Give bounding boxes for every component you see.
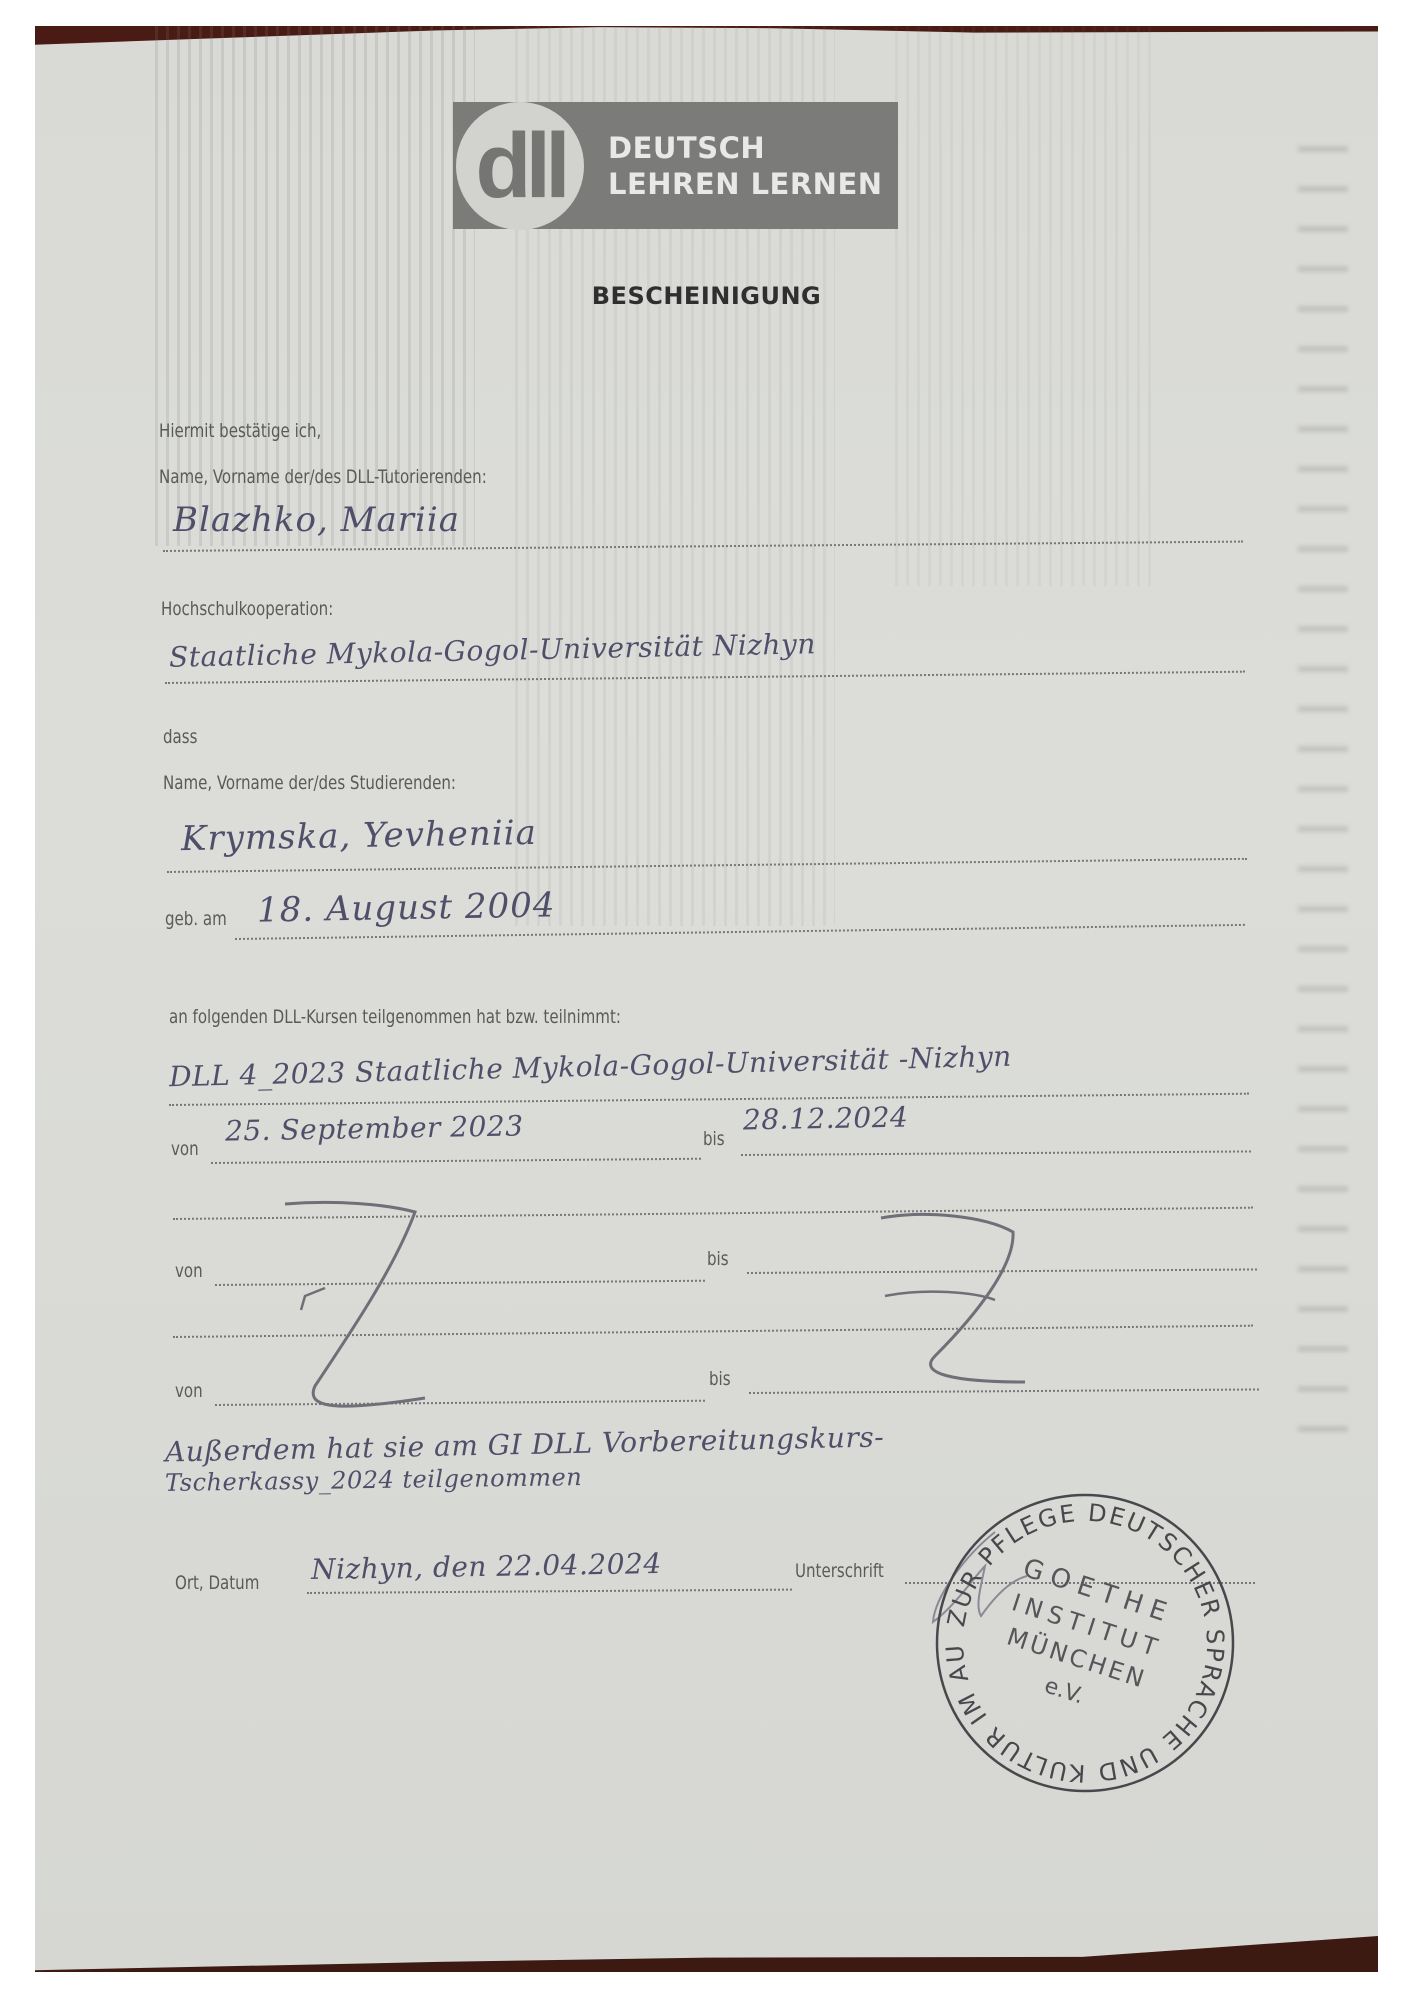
strike-mark-left: [275, 1186, 495, 1416]
logo-wordmark: DEUTSCH LEHREN LERNEN: [608, 130, 883, 202]
dass-text: dass: [163, 726, 197, 748]
strike-mark-right: [865, 1206, 1065, 1396]
course-1-to-label: bis: [703, 1128, 725, 1150]
dll-logo: dll DEUTSCH LEHREN LERNEN: [453, 102, 898, 229]
place-date-line: [307, 1589, 792, 1594]
course-1-to-line: [741, 1150, 1251, 1156]
signature-label: Unterschrift: [795, 1560, 884, 1582]
course-3-to-label: bis: [709, 1368, 731, 1390]
dll-monogram: dll: [456, 102, 584, 230]
course-1-from-line: [211, 1158, 701, 1164]
course-3-from-label: von: [175, 1380, 203, 1402]
stamp-ev: e.V.: [1041, 1673, 1087, 1709]
page-bottom-edge: [35, 1936, 1378, 1972]
birth-label: geb. am: [165, 908, 227, 930]
place-date-label: Ort, Datum: [175, 1572, 259, 1594]
note-line-2: Tscherkassy_2024 teilgenommen: [165, 1463, 583, 1497]
course-1-to-value: 28.12.2024: [743, 1101, 909, 1137]
toner-smudge: [1298, 146, 1348, 1446]
course-2-from-label: von: [175, 1260, 203, 1282]
course-1-name: DLL 4_2023 Staatliche Mykola-Gogol-Unive…: [169, 1040, 1012, 1094]
tutor-name-value: Blazhko, Mariia: [173, 500, 460, 540]
cooperation-label: Hochschulkooperation:: [161, 598, 333, 620]
intro-text: Hiermit bestätige ich,: [159, 420, 321, 442]
logo-line-2: LEHREN LERNEN: [608, 166, 883, 202]
tutor-label: Name, Vorname der/des DLL-Tutorierenden:: [159, 466, 487, 488]
courses-label: an folgenden DLL-Kursen teilgenommen hat…: [169, 1006, 621, 1028]
place-date-value: Nizhyn, den 22.04.2024: [311, 1547, 662, 1586]
student-name-value: Krymska, Yevheniia: [181, 813, 537, 859]
note-line-1: Außerdem hat sie am GI DLL Vorbereitungs…: [165, 1420, 885, 1468]
goethe-institut-stamp: ZUR PFLEGE DEUTSCHER SPRACHE UND KULTUR …: [930, 1488, 1240, 1798]
document-title: BESCHEINIGUNG: [35, 282, 1378, 310]
certificate-page: dll DEUTSCH LEHREN LERNEN BESCHEINIGUNG …: [35, 26, 1378, 1972]
course-1-line: [169, 1093, 1249, 1106]
course-2-to-label: bis: [707, 1248, 729, 1270]
birth-date-value: 18. August 2004: [257, 885, 556, 930]
student-label: Name, Vorname der/des Studierenden:: [163, 772, 456, 794]
course-1-from-value: 25. September 2023: [225, 1109, 524, 1147]
logo-line-1: DEUTSCH: [608, 130, 883, 166]
course-1-from-label: von: [171, 1138, 199, 1160]
